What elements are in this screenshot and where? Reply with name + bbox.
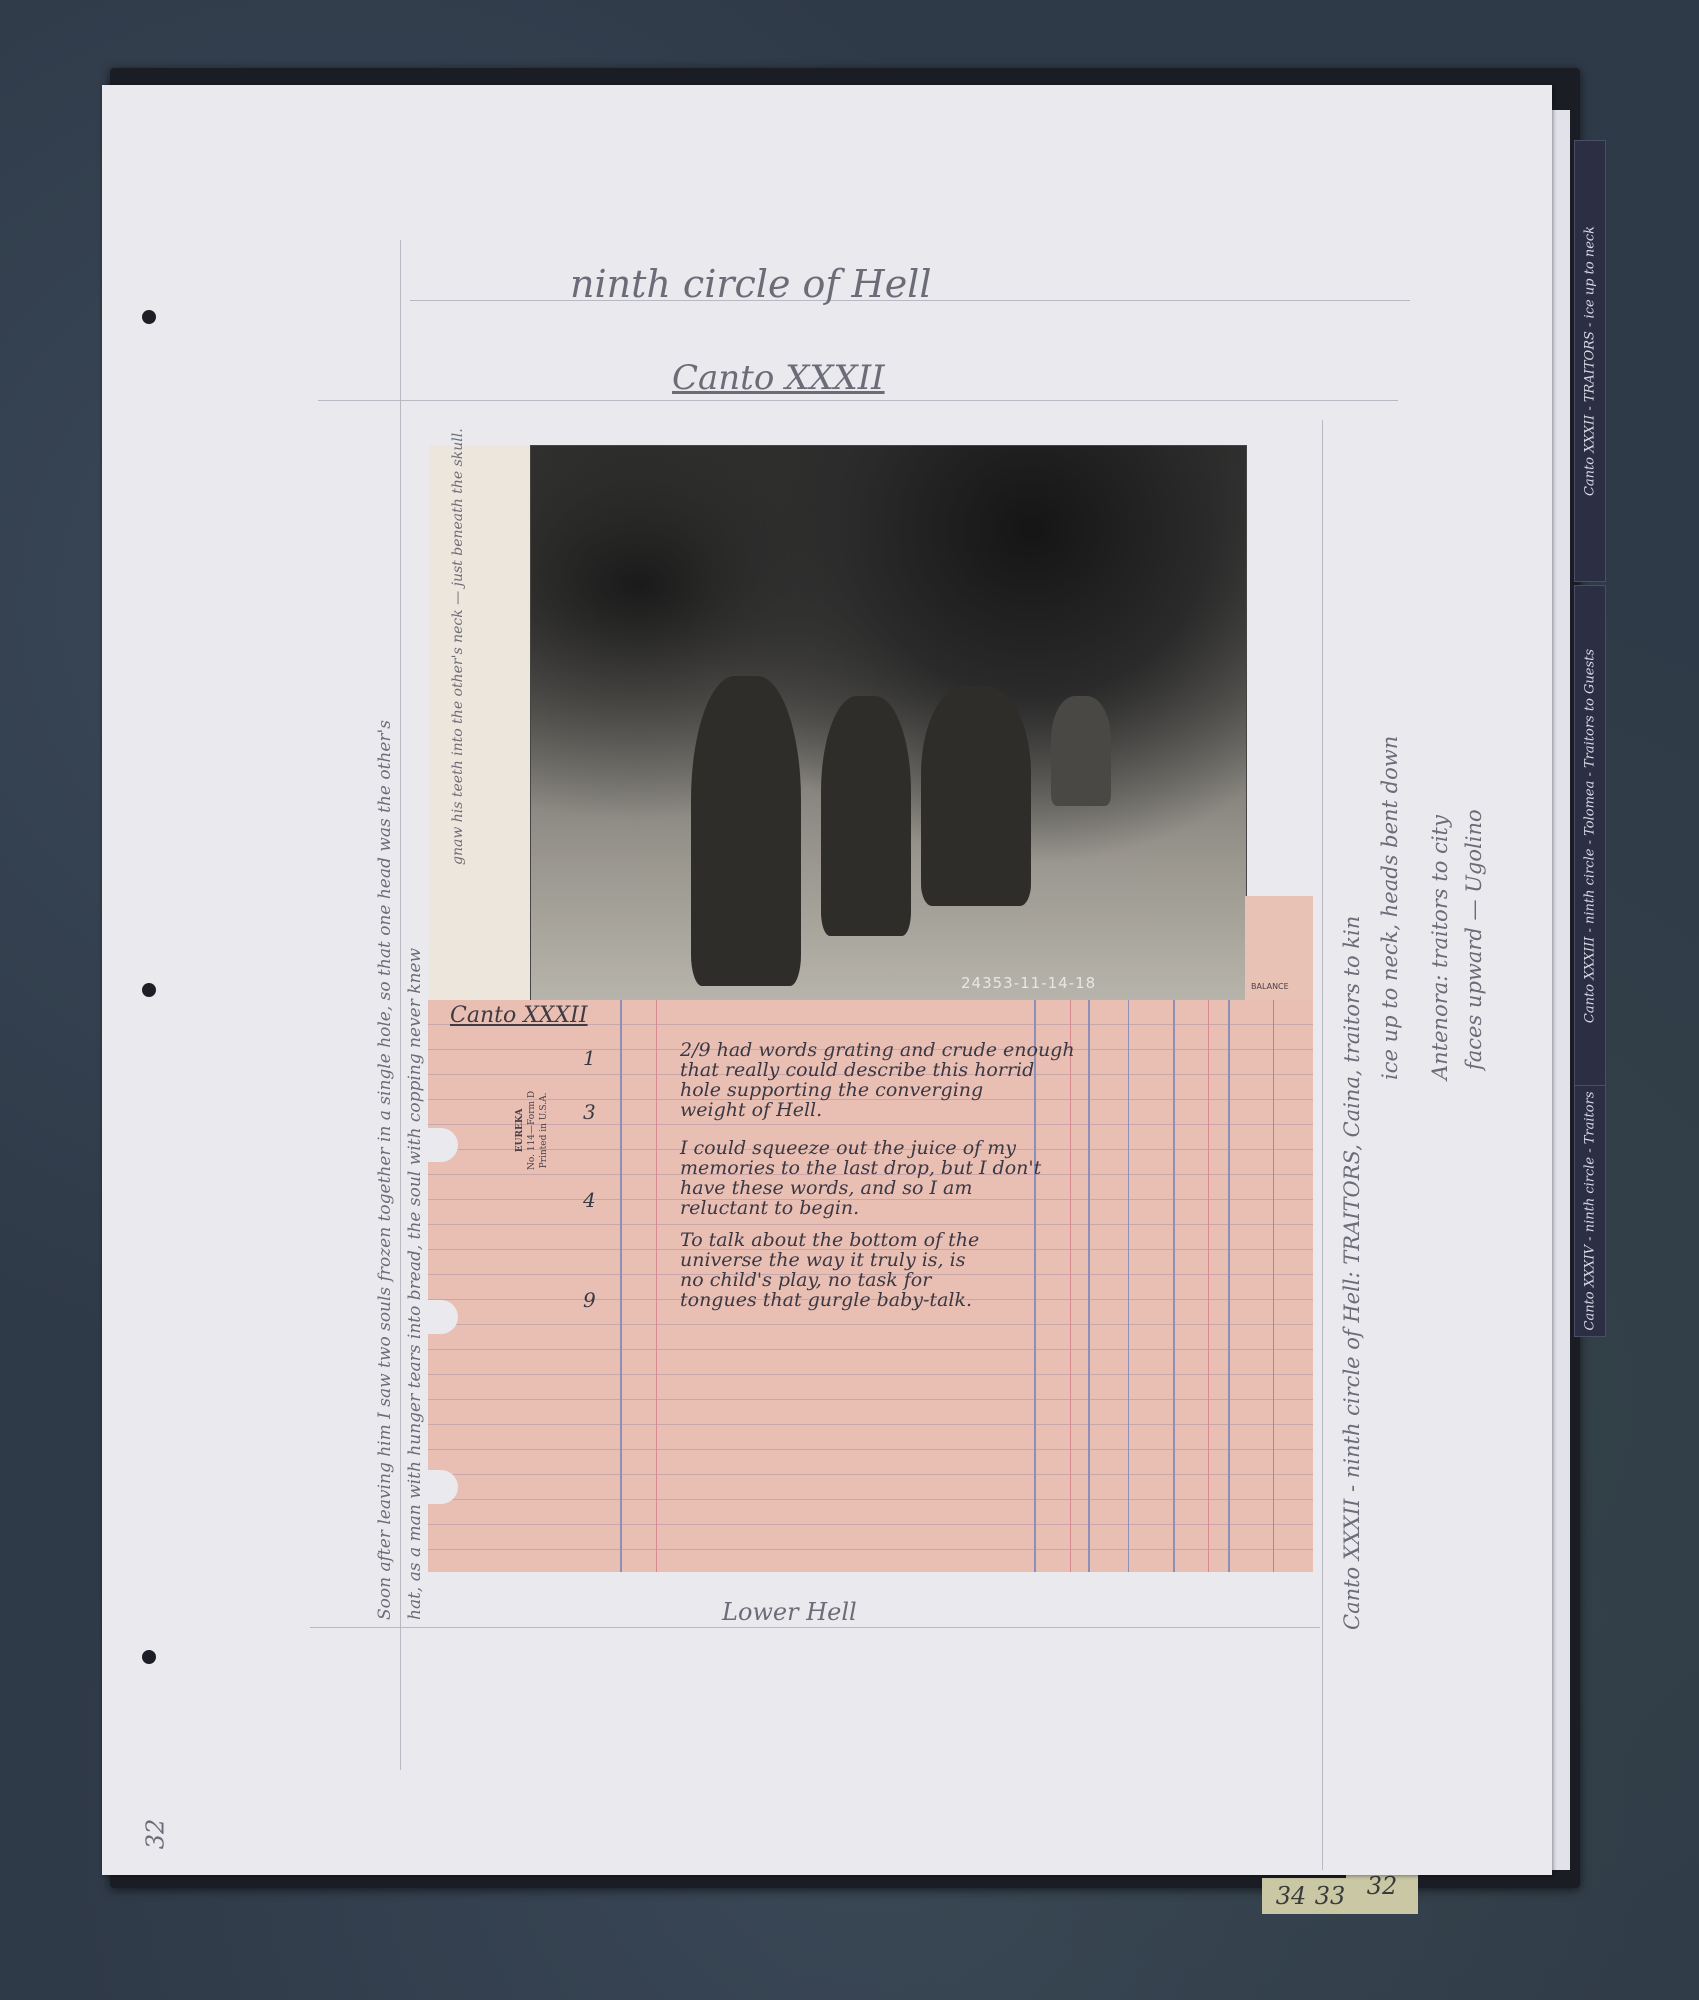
note-line: I could squeeze out the juice of my bbox=[680, 1138, 1041, 1158]
left-margin-note-1: Soon after leaving him I saw two souls f… bbox=[375, 720, 395, 1620]
machine-shape bbox=[921, 686, 1031, 906]
ledger-punch-notch bbox=[422, 1128, 458, 1162]
printer-mark-form: No. 114—Form D bbox=[526, 1091, 538, 1170]
note-line: reluctant to begin. bbox=[680, 1198, 1041, 1218]
machine-shape bbox=[691, 676, 801, 986]
binder-hole bbox=[142, 983, 156, 997]
ledger-punch-notch bbox=[422, 1470, 458, 1504]
guide-line bbox=[1322, 420, 1323, 1870]
ledger-sheet: Canto XXXII 1 3 4 9 EUREKA No. 114—Form … bbox=[428, 1000, 1313, 1572]
note-line: weight of Hell. bbox=[680, 1100, 1075, 1120]
guide-line bbox=[310, 1627, 1320, 1628]
line-number: 4 bbox=[583, 1190, 596, 1210]
balance-label: BALANCE bbox=[1251, 982, 1289, 991]
note-line: 2/9 had words grating and crude enough bbox=[680, 1040, 1075, 1060]
canto-heading: Canto XXXII bbox=[672, 358, 885, 398]
right-margin-note-4: faces upward — Ugolino bbox=[1462, 809, 1486, 1070]
tab-label: 32 bbox=[1367, 1872, 1398, 1900]
line-number: 1 bbox=[583, 1048, 596, 1068]
ledger-rule bbox=[1128, 1000, 1129, 1572]
spine-label-text: Canto XXXIII - ninth circle - Tolomea - … bbox=[1583, 649, 1598, 1023]
right-margin-note-3: Antenora: traitors to city bbox=[1428, 815, 1452, 1080]
printer-mark-origin: Printed in U.S.A. bbox=[538, 1091, 550, 1170]
note-line: have these words, and so I am bbox=[680, 1178, 1041, 1198]
note-line: that really could describe this horrid bbox=[680, 1060, 1075, 1080]
right-margin-note-1: Canto XXXII - ninth circle of Hell: TRAI… bbox=[1340, 916, 1364, 1630]
spine-label-canto-34: Canto XXXIV - ninth circle - Traitors bbox=[1574, 1085, 1606, 1337]
line-number: 9 bbox=[583, 1290, 596, 1310]
page-title: ninth circle of Hell bbox=[570, 262, 931, 306]
binder-hole bbox=[142, 1650, 156, 1664]
ledger-note-3: To talk about the bottom of the universe… bbox=[680, 1230, 979, 1310]
ledger-rule bbox=[1088, 1000, 1090, 1572]
spine-label-canto-33: Canto XXXIII - ninth circle - Tolomea - … bbox=[1574, 585, 1606, 1087]
printer-mark-brand: EUREKA bbox=[514, 1091, 526, 1170]
note-line: hole supporting the converging bbox=[680, 1080, 1075, 1100]
footer-label: Lower Hell bbox=[722, 1598, 857, 1626]
note-line: memories to the last drop, but I don't bbox=[680, 1158, 1041, 1178]
ledger-rule bbox=[1228, 1000, 1230, 1572]
ledger-rule bbox=[656, 1000, 657, 1572]
spine-label-text: Canto XXXIV - ninth circle - Traitors bbox=[1583, 1091, 1598, 1330]
ledger-rule bbox=[620, 1000, 622, 1572]
ledger-rule bbox=[1173, 1000, 1175, 1572]
ledger-heading: Canto XXXII bbox=[450, 1006, 588, 1026]
machine-shape bbox=[1051, 696, 1111, 806]
photo-margin-note: gnaw his teeth into the other's neck — j… bbox=[450, 428, 466, 865]
tab-label: 34 bbox=[1276, 1882, 1307, 1910]
tab-label: 33 bbox=[1315, 1882, 1346, 1910]
ledger-rule bbox=[1208, 1000, 1209, 1572]
note-line: universe the way it truly is, is bbox=[680, 1250, 979, 1270]
guide-line bbox=[318, 400, 1398, 401]
ledger-rule bbox=[1273, 1000, 1274, 1572]
line-number: 3 bbox=[583, 1102, 596, 1122]
photo-caption-code: 24353-11-14-18 bbox=[961, 974, 1096, 992]
spine-label-canto-32: Canto XXXII - TRAITORS - ice up to neck bbox=[1574, 140, 1606, 582]
spine-label-text: Canto XXXII - TRAITORS - ice up to neck bbox=[1583, 226, 1598, 496]
ledger-punch-notch bbox=[422, 1300, 458, 1334]
ledger-top-edge: BALANCE bbox=[1245, 896, 1313, 1000]
ledger-note-1: 2/9 had words grating and crude enough t… bbox=[680, 1040, 1075, 1120]
note-line: To talk about the bottom of the bbox=[680, 1230, 979, 1250]
left-margin-note-2: hat, as a man with hunger tears into bre… bbox=[405, 948, 425, 1620]
note-line: tongues that gurgle baby-talk. bbox=[680, 1290, 979, 1310]
note-line: no child's play, no task for bbox=[680, 1270, 979, 1290]
binder-hole bbox=[142, 310, 156, 324]
ledger-note-2: I could squeeze out the juice of my memo… bbox=[680, 1138, 1041, 1218]
machine-shape bbox=[821, 696, 911, 936]
factory-photograph: 24353-11-14-18 bbox=[530, 445, 1247, 1002]
index-tab-33[interactable]: 33 bbox=[1310, 1878, 1350, 1914]
printer-mark: EUREKA No. 114—Form D Printed in U.S.A. bbox=[514, 1091, 550, 1170]
right-margin-note-2: ice up to neck, heads bent down bbox=[1378, 736, 1402, 1080]
guide-line bbox=[400, 240, 401, 1770]
photo-mount: gnaw his teeth into the other's neck — j… bbox=[430, 445, 530, 1000]
page-number: 32 bbox=[141, 1819, 169, 1850]
